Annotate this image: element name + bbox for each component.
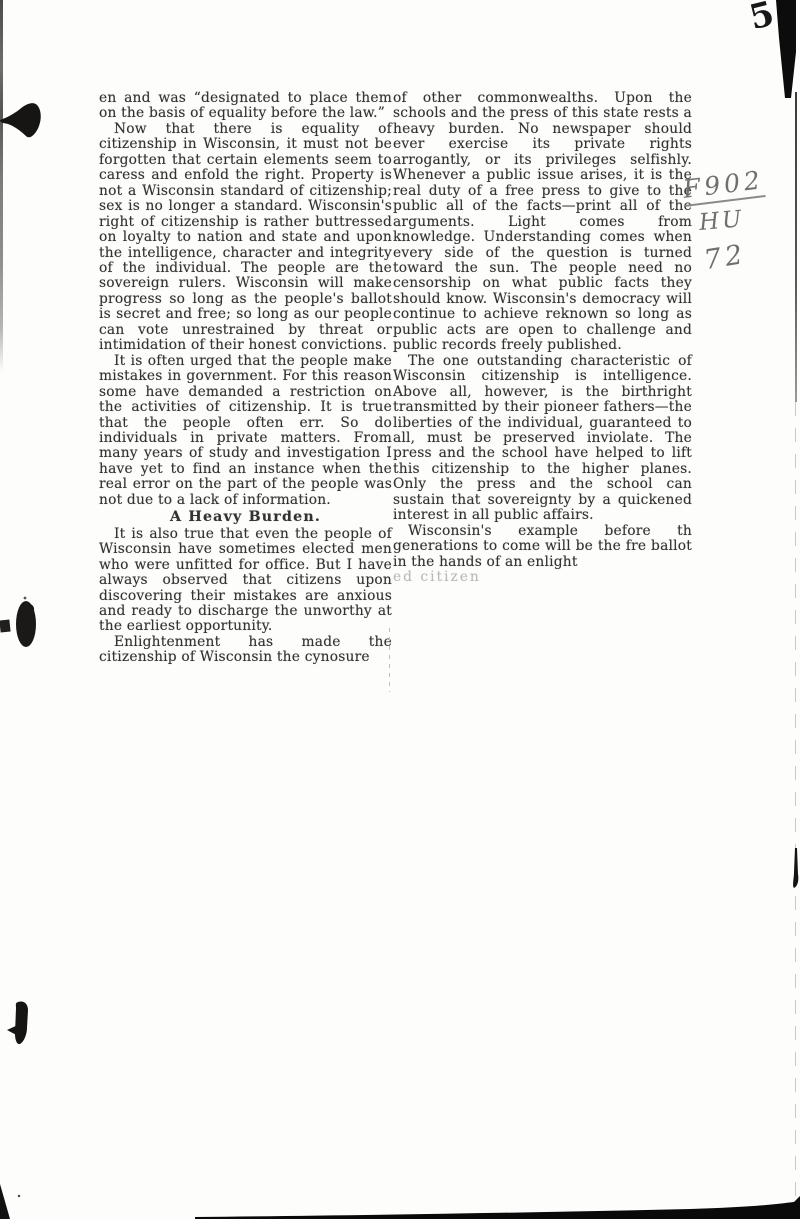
- article-paragraph: ed citizen: [393, 570, 692, 585]
- article-column-left: en and was “designated to place them on …: [99, 91, 392, 666]
- article-paragraph: The one outstanding characteristic of Wi…: [393, 354, 692, 524]
- article-paragraph: Now that there is equality of citizenshi…: [99, 122, 392, 354]
- scan-right-edge-line: [795, 92, 797, 402]
- section-heading: A Heavy Burden.: [99, 510, 392, 525]
- article-paragraph: of other commonwealths. Upon the schools…: [393, 91, 692, 354]
- article-paragraph: Wisconsin's example before th generation…: [393, 524, 692, 570]
- scan-bottom-edge-shadow: [0, 1184, 800, 1219]
- ink-blot-mid-left-icon: [0, 590, 44, 656]
- scan-corner-black-top-right-icon: [770, 0, 800, 104]
- ink-blot-bottom-left-icon: [0, 998, 40, 1050]
- page-number-stamp: 5: [746, 0, 779, 38]
- scan-right-edge-mark-icon: [789, 848, 800, 890]
- article-paragraph: Enlightenment has made the citizenship o…: [99, 635, 392, 666]
- ink-blot-top-left-icon: [0, 92, 48, 148]
- scan-right-edge-line-faint: [795, 402, 796, 1202]
- handwritten-letters: HU: [698, 206, 746, 236]
- article-paragraph: It is often urged that the people make m…: [99, 354, 392, 509]
- article-column-right: of other commonwealths. Upon the schools…: [393, 91, 692, 586]
- scan-left-edge-line: [0, 0, 3, 372]
- article-paragraph: en and was “designated to place them on …: [99, 91, 392, 122]
- handwritten-catalog-code: F902: [681, 165, 765, 207]
- handwritten-number: 72: [702, 239, 749, 276]
- article-paragraph: It is also true that even the people of …: [99, 527, 392, 635]
